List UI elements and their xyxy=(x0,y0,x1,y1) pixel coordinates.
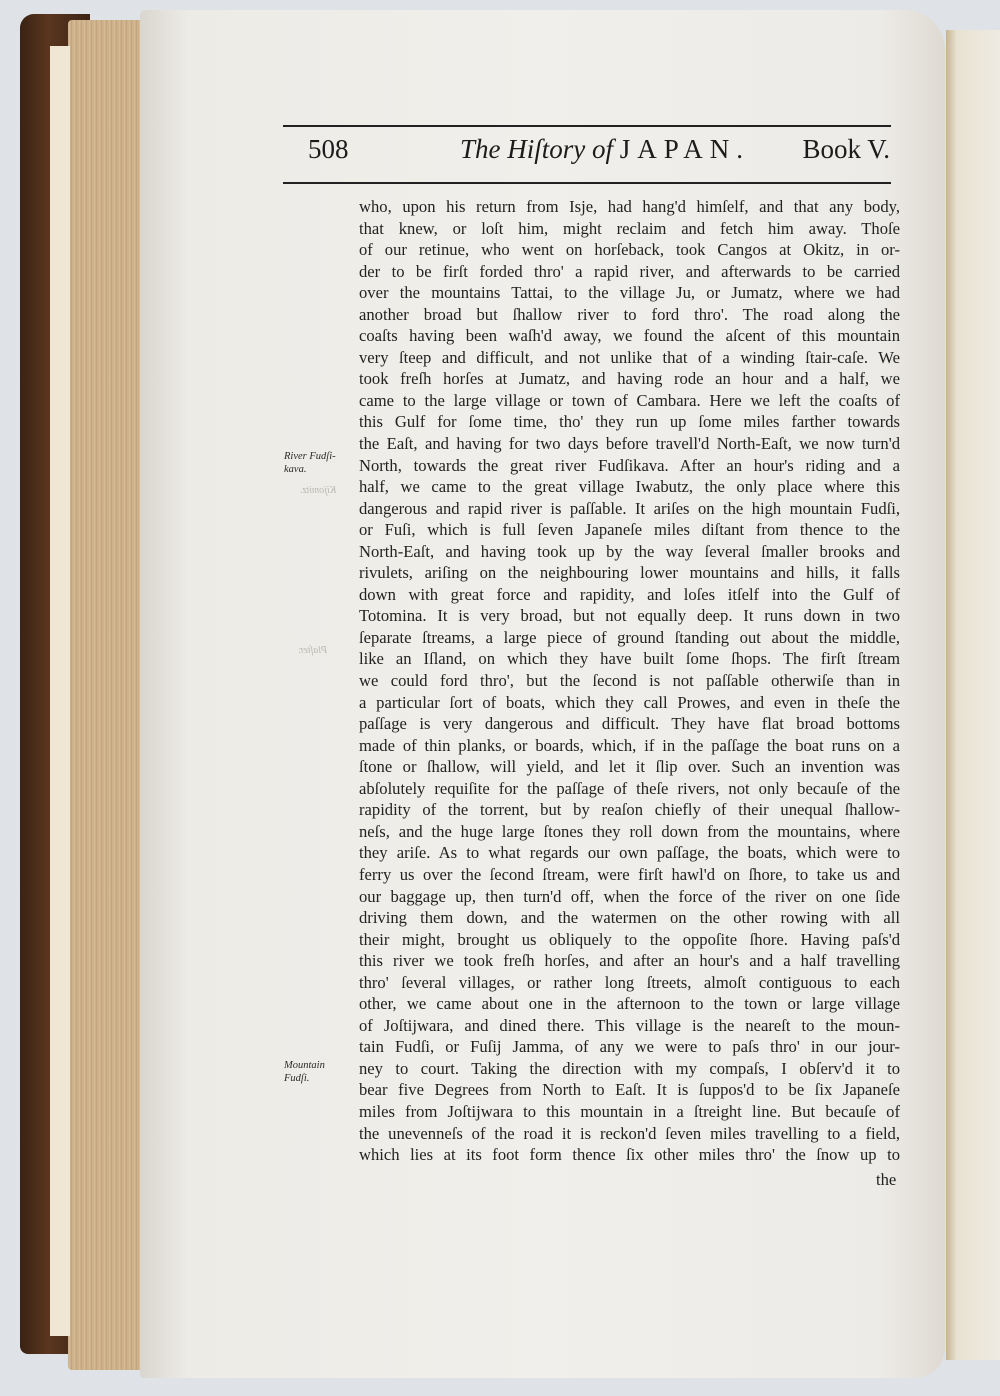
text-line: rivulets, ariſing on the neighbouring lo… xyxy=(359,562,900,584)
running-title: The Hiſtory of JAPAN. xyxy=(460,134,750,165)
text-line: we could ford thro', but the ſecond is n… xyxy=(359,670,900,692)
running-title-italic: The Hiſtory of xyxy=(460,134,613,164)
header-rule-bottom xyxy=(283,182,891,184)
text-line: ney to court. Taking the direction with … xyxy=(359,1058,900,1080)
header-rule-top xyxy=(283,125,891,127)
bleed-through-note: Plaſter. xyxy=(298,645,327,656)
body-text: who, upon his return from Isje, had hang… xyxy=(359,196,900,1166)
text-line: paſſage is very dangerous and difficult.… xyxy=(359,713,900,735)
text-line: made of thin planks, or boards, which, i… xyxy=(359,735,900,757)
text-line: their might, brought us obliquely to the… xyxy=(359,929,900,951)
text-line: North-Eaſt, and having took up by the wa… xyxy=(359,541,900,563)
page-number: 508 xyxy=(308,134,349,165)
text-line: a particular ſort of boats, which they c… xyxy=(359,692,900,714)
text-line: North, towards the great river Fudſikava… xyxy=(359,455,900,477)
text-line: tain Fudſi, or Fuſij Jamma, of any we we… xyxy=(359,1036,900,1058)
text-line: they ariſe. As to what regards our own p… xyxy=(359,842,900,864)
running-header: 508 The Hiſtory of JAPAN. Book V. xyxy=(290,134,894,174)
text-line: ſtone or ſhallow, will yield, and let it… xyxy=(359,756,900,778)
text-line: very ſteep and difficult, and not unlike… xyxy=(359,347,900,369)
flyleaf xyxy=(50,46,70,1336)
text-line: this river we took freſh horſes, and aft… xyxy=(359,950,900,972)
text-line: or Fuſi, which is full ſeven Japaneſe mi… xyxy=(359,519,900,541)
text-line: coaſts having been waſh'd away, we found… xyxy=(359,325,900,347)
facing-page-edge xyxy=(946,30,1000,1360)
book-label: Book V. xyxy=(802,134,890,165)
text-line: this Gulf for ſome time, tho' they run u… xyxy=(359,411,900,433)
text-line: the unevenneſs of the road it is reckon'… xyxy=(359,1123,900,1145)
text-line: like an Iſland, on which they have built… xyxy=(359,648,900,670)
page-edges-stack xyxy=(68,20,144,1370)
text-line: over the mountains Tattai, to the villag… xyxy=(359,282,900,304)
bleed-through-note: Kijomitz. xyxy=(300,485,336,496)
text-line: dangerous and rapid river is paſſable. I… xyxy=(359,498,900,520)
catchword: the xyxy=(876,1170,896,1190)
text-line: ſeparate ſtreams, a large piece of groun… xyxy=(359,627,900,649)
text-line: who, upon his return from Isje, had hang… xyxy=(359,196,900,218)
text-line: thro' ſeveral villages, or rather long ſ… xyxy=(359,972,900,994)
text-line: down with great force and rapidity, and … xyxy=(359,584,900,606)
text-line: ferry us over the ſecond ſtream, were fi… xyxy=(359,864,900,886)
margin-note-river: River Fudſi-kava. xyxy=(284,450,354,476)
margin-note-mountain: Mountain Fudſi. xyxy=(284,1059,344,1085)
text-line: our baggage up, then turn'd off, when th… xyxy=(359,886,900,908)
text-line: the Eaſt, and having for two days before… xyxy=(359,433,900,455)
text-line: which lies at its foot form thence ſix o… xyxy=(359,1144,900,1166)
text-line: abſolutely requiſite for the paſſage of … xyxy=(359,778,900,800)
text-line: other, we came about one in the afternoo… xyxy=(359,993,900,1015)
text-line: bear five Degrees from North to Eaſt. It… xyxy=(359,1079,900,1101)
text-line: of Joſtijwara, and dined there. This vil… xyxy=(359,1015,900,1037)
text-line: of our retinue, who went on horſeback, t… xyxy=(359,239,900,261)
running-title-caps: JAPAN. xyxy=(620,134,750,164)
text-line: another broad but ſhallow river to ford … xyxy=(359,304,900,326)
text-line: der to be firſt forded thro' a rapid riv… xyxy=(359,261,900,283)
text-line: Totomina. It is very broad, but not equa… xyxy=(359,605,900,627)
text-line: neſs, and the huge large ſtones they rol… xyxy=(359,821,900,843)
text-line: rapidity of the torrent, but by reaſon c… xyxy=(359,799,900,821)
text-line: miles from Joſtijwara to this mountain i… xyxy=(359,1101,900,1123)
text-line: came to the large village or town of Cam… xyxy=(359,390,900,412)
text-line: took freſh horſes at Jumatz, and having … xyxy=(359,368,900,390)
text-line: half, we came to the great village Iwabu… xyxy=(359,476,900,498)
text-line: driving them down, and the watermen on t… xyxy=(359,907,900,929)
text-line: that knew, or loſt him, might reclaim an… xyxy=(359,218,900,240)
